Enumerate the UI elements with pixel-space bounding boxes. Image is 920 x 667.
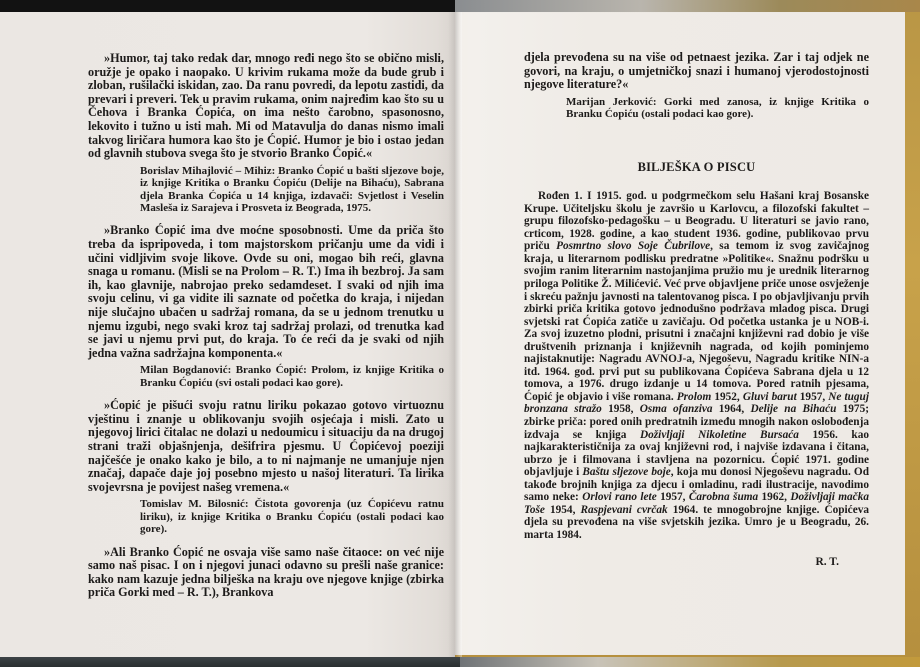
book-gutter: [448, 12, 462, 657]
quote-bogdanovic: »Branko Ćopić ima dve moćne sposobnosti.…: [88, 224, 444, 360]
quote-jerkovic-start: »Ali Branko Ćopić ne osvaja više samo na…: [88, 546, 444, 600]
quote-mihiz: »Humor, taj tako redak dar, mnogo ređi n…: [88, 52, 444, 161]
citation-bogdanovic: Milan Bogdanović: Branko Ćopić: Prolom, …: [140, 364, 444, 389]
quote-jerkovic-continuation: djela prevođena su na više od petnaest j…: [524, 51, 869, 92]
background-bottom-left: [0, 657, 460, 667]
bio-text: 1957,: [797, 391, 829, 403]
bio-text: 1958,: [602, 403, 640, 415]
book-title: Doživljaji Nikoletine Bursaća: [640, 429, 799, 441]
book-title: Raspjevani cvrčak: [580, 504, 667, 516]
citation-bilosnic: Tomislav M. Bilosnić: Čistota govorenja …: [140, 498, 444, 535]
bio-text: 1964,: [713, 403, 751, 415]
background-top-right: [455, 0, 920, 12]
book-title: Baštu sljezove boje: [582, 466, 670, 478]
bio-text: 1952,: [711, 391, 743, 403]
bio-text: , sa temom iz svog zavičajnog kraja, u l…: [524, 240, 869, 403]
citation-jerkovic: Marijan Jerković: Gorki med zanosa, iz k…: [566, 96, 869, 121]
author-initials-signature: R. T.: [524, 556, 839, 570]
book-title: Delije na Bihaću: [750, 403, 836, 415]
bio-text: 1962,: [758, 491, 790, 503]
background-bottom-right: [460, 657, 920, 667]
quote-bilosnic: »Ćopić je pišući svoju ratnu liriku poka…: [88, 399, 444, 494]
section-heading: BILJEŠKA O PISCU: [524, 161, 869, 175]
citation-mihiz: Borislav Mihajlović – Mihiz: Branko Ćopi…: [140, 165, 444, 215]
background-top-left: [0, 0, 455, 12]
left-page-text: »Humor, taj tako redak dar, mnogo ređi n…: [88, 52, 444, 600]
author-biography: Rođen 1. I 1915. god. u podgrmečkom selu…: [524, 190, 869, 541]
bio-text: 1954,: [545, 504, 581, 516]
book-title: Čarobna šuma: [689, 491, 758, 503]
book-title: Posmrtno slovo Soje Čubrilove: [556, 240, 710, 252]
book-title: Gluvi barut: [743, 391, 797, 403]
book-title: Prolom: [677, 391, 712, 403]
right-page-text: djela prevođena su na više od petnaest j…: [524, 51, 869, 569]
book-title: Osma ofanziva: [640, 403, 713, 415]
book-title: Orlovi rano lete: [582, 491, 657, 503]
bio-text: 1957,: [657, 491, 689, 503]
